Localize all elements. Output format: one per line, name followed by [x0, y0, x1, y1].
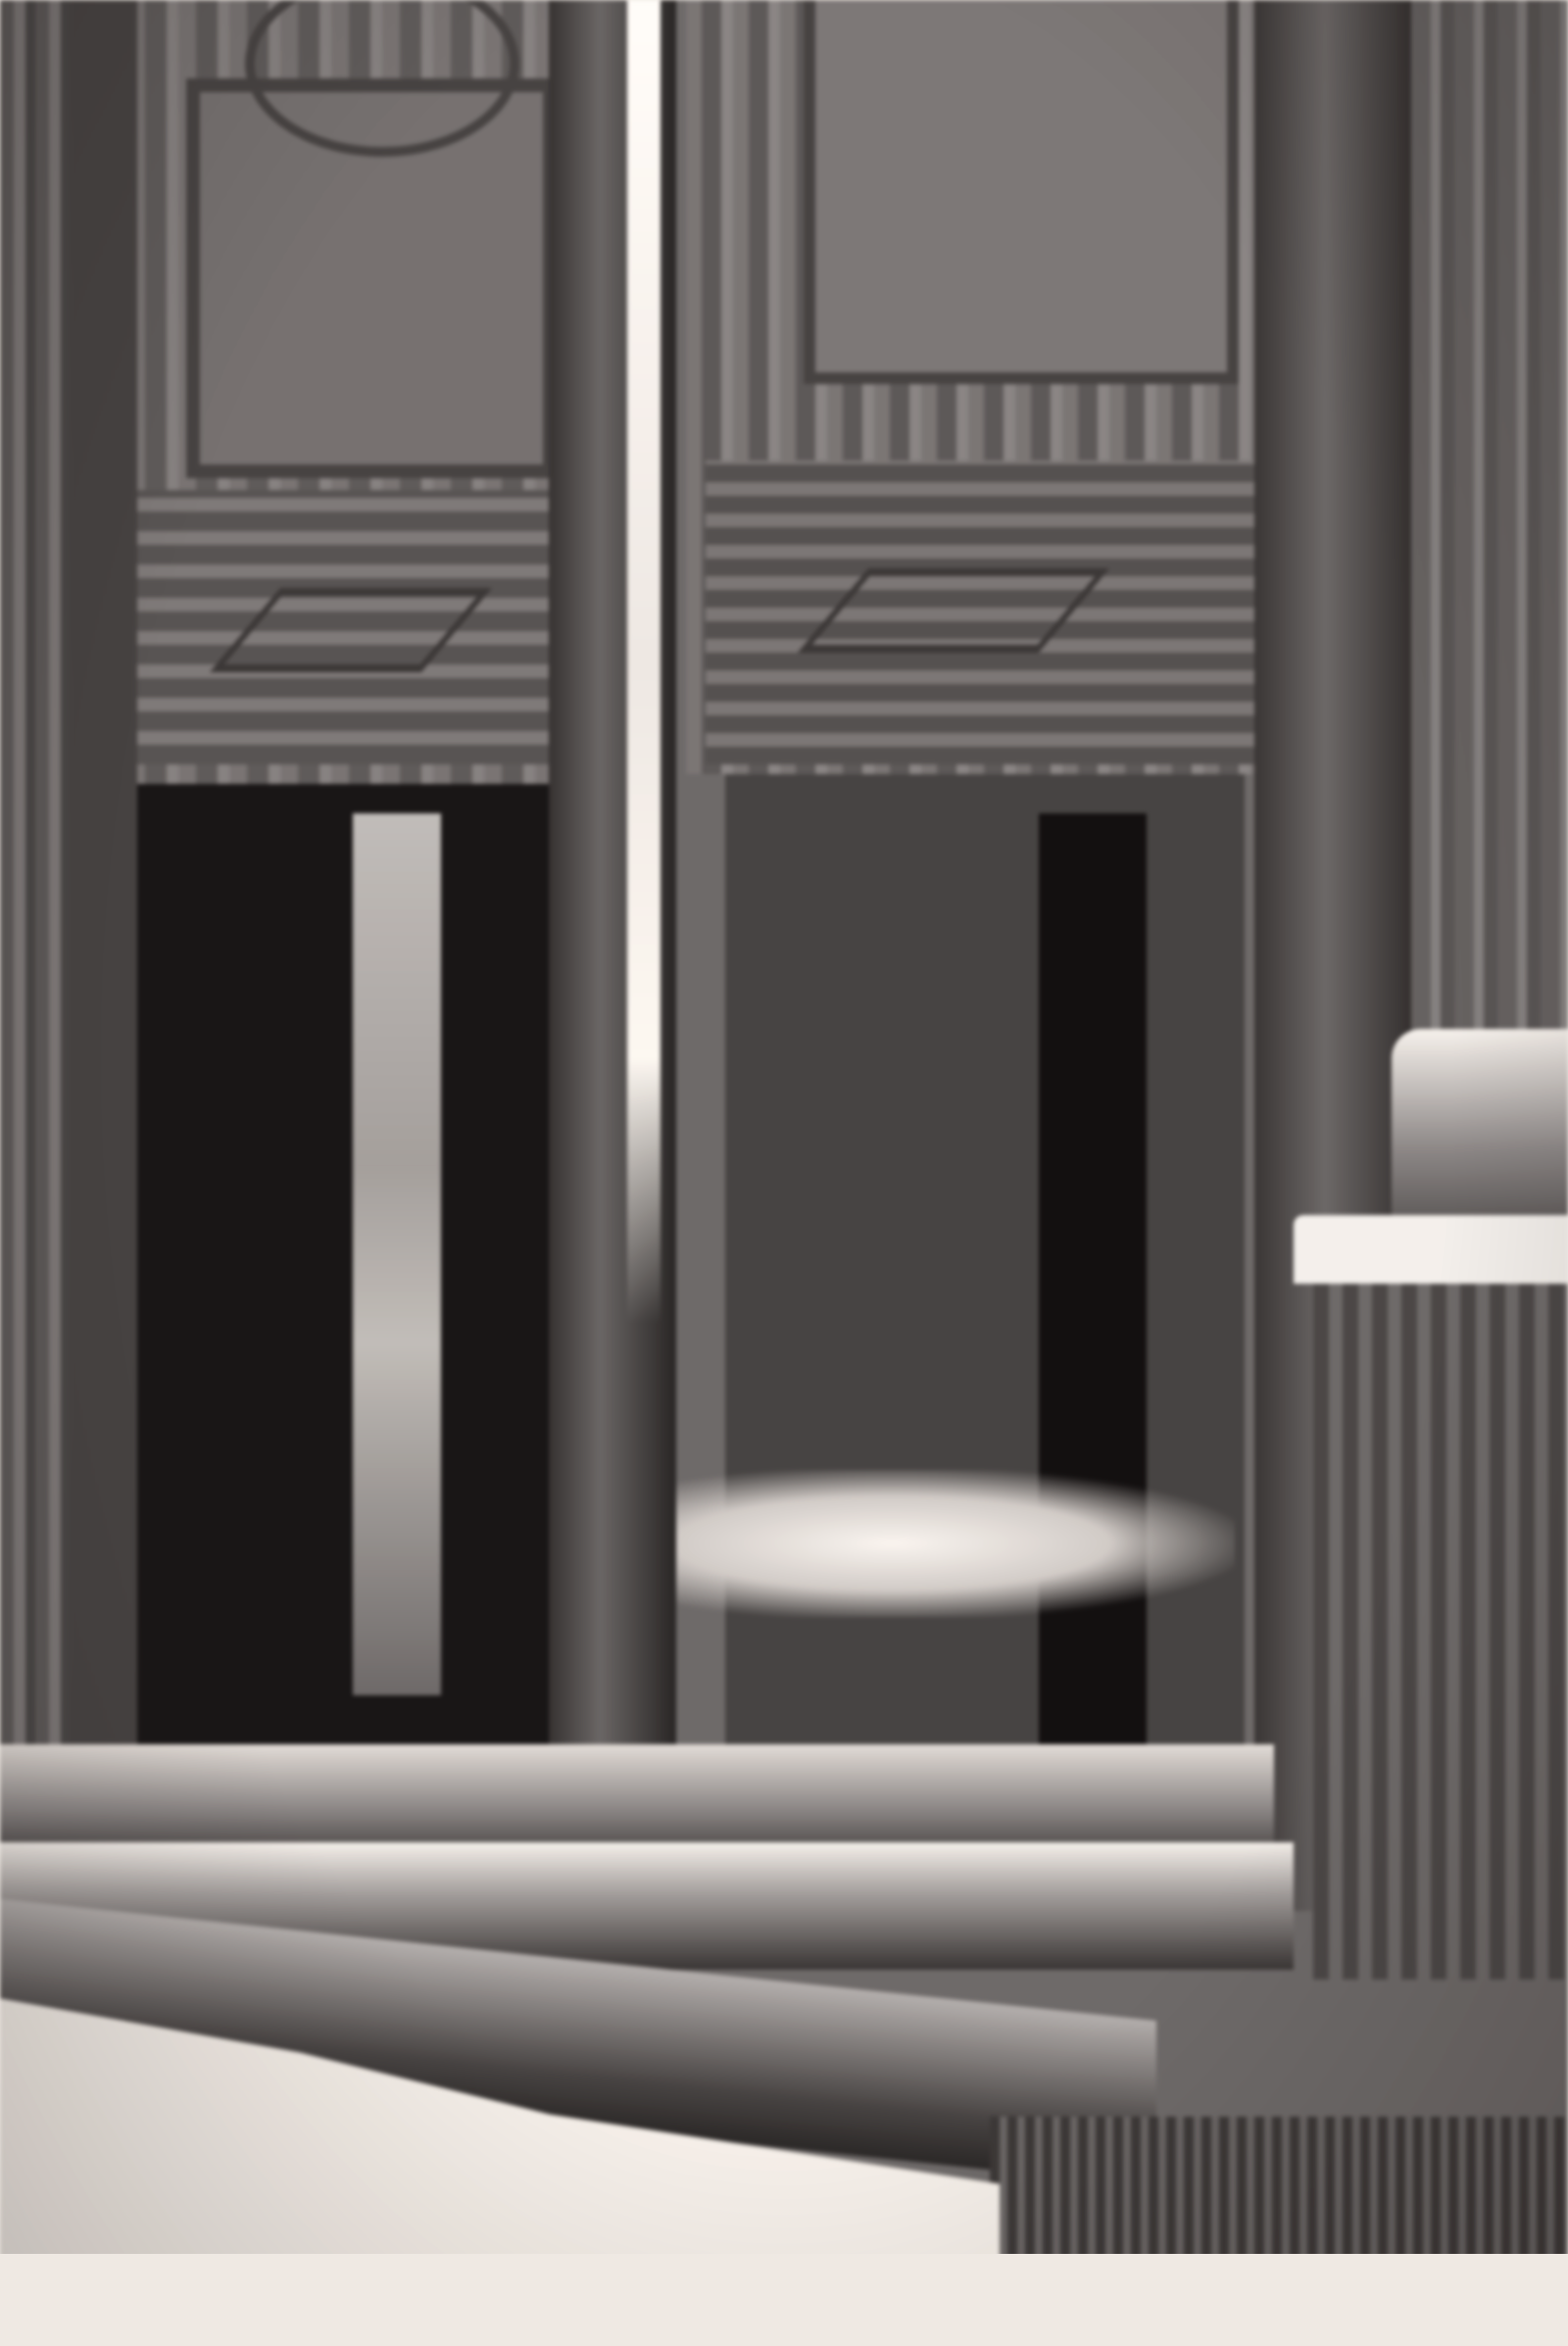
photograph [0, 0, 1568, 2346]
pedestal-top [1392, 1029, 1568, 1225]
right-wall [1411, 0, 1568, 1078]
right-door-upper-panel [804, 0, 1239, 384]
center-light-streak [627, 0, 661, 1323]
pedestal-cap [1294, 1215, 1568, 1284]
print-margin [0, 2254, 1568, 2346]
threshold-step [0, 1744, 1274, 1852]
pedestal-body [1313, 1274, 1568, 1979]
left-light-streak [353, 813, 441, 1695]
left-door-frame [69, 0, 137, 1744]
